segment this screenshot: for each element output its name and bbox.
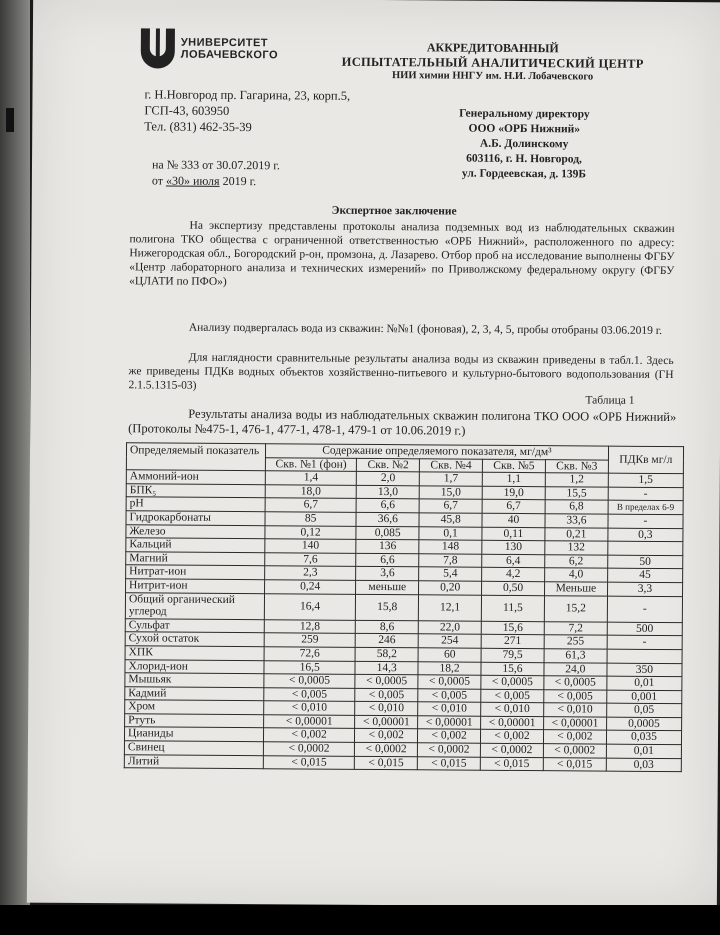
cell-value: 271	[481, 635, 544, 649]
pdk-value: 45	[607, 568, 682, 582]
indicator-name: Ртуть	[125, 714, 264, 729]
indicator-name: Общий органический углерод	[125, 592, 264, 619]
cell-value: 7,2	[544, 621, 607, 635]
cell-value: 0,085	[356, 526, 419, 540]
indicator-name: Хлорид-ион	[125, 659, 264, 674]
pdk-value: -	[608, 514, 683, 528]
cell-value: 16,5	[264, 660, 355, 674]
indicator-name: БПК₅	[126, 484, 265, 499]
indicator-name: Железо	[126, 524, 265, 539]
indicator-name: Мышьяк	[125, 673, 264, 688]
cell-value: 4,0	[545, 568, 608, 582]
cell-value: 12,1	[419, 594, 482, 621]
cell-value: < 0,002	[543, 730, 606, 744]
recipient-line1: Генеральному директору	[424, 106, 624, 122]
cell-value: 14,3	[355, 661, 418, 675]
header-indicator: Определяемый показатель	[126, 443, 265, 471]
cell-value: 72,6	[264, 647, 355, 661]
logo-mark-icon	[141, 28, 175, 68]
cell-value: < 0,00001	[418, 716, 481, 730]
cell-value: 259	[264, 633, 355, 647]
cell-value: 255	[544, 635, 607, 649]
indicator-name: Нитрит-ион	[126, 579, 265, 594]
pdk-value: 50	[608, 555, 683, 569]
indicator-name: Сухой остаток	[125, 632, 264, 647]
cell-value: < 0,005	[264, 687, 355, 701]
cell-value: < 0,010	[544, 703, 607, 717]
cell-value: 5,4	[419, 567, 482, 581]
reference-suffix: 2019 г.	[220, 174, 257, 188]
cell-value: 1,2	[545, 473, 608, 487]
column-header: Скв. №2	[357, 458, 420, 472]
cell-value: 22,0	[418, 621, 481, 635]
table-caption: Результаты анализа воды из наблюдательны…	[128, 406, 676, 440]
document-page: УНИВЕРСИТЕТЛОБАЧЕВСКОГО АККРЕДИТОВАННЫЙ …	[27, 0, 720, 907]
cell-value: 0,1	[419, 526, 482, 540]
address-line2: ГСП-43, 603950	[144, 102, 350, 119]
cell-value: < 0,015	[355, 756, 418, 770]
cell-value: < 0,010	[355, 702, 418, 716]
cell-value: 1,1	[482, 472, 545, 486]
cell-value: < 0,0005	[544, 676, 607, 690]
cell-value: 45,8	[419, 513, 482, 527]
cell-value: 36,6	[356, 512, 419, 526]
cell-value: 130	[482, 540, 545, 554]
cell-value: 3,6	[356, 567, 419, 581]
indicator-name: Хром	[125, 700, 264, 715]
cell-value: 6,6	[356, 553, 419, 567]
cell-value: 6,8	[545, 500, 608, 514]
phone: Тел. (831) 462-35-39	[144, 118, 350, 135]
cell-value: < 0,015	[263, 755, 354, 769]
header-pdk: ПДКв мг/л	[608, 446, 683, 474]
cell-value: 18,2	[418, 661, 481, 675]
pdk-value: 0,001	[607, 690, 682, 704]
paragraph-3: Для наглядности сравнительные результаты…	[128, 350, 673, 396]
cell-value: < 0,002	[263, 728, 354, 742]
cell-value: < 0,005	[544, 689, 607, 703]
logo-line2: ЛОБАЧЕВСКОГО	[181, 49, 278, 62]
reference-prefix: от	[152, 173, 166, 187]
indicator-name: Нитрат-ион	[126, 565, 265, 580]
indicator-name: Сульфат	[125, 618, 264, 633]
cell-value: 2,3	[265, 566, 356, 580]
pdk-value: 0,0005	[606, 717, 681, 731]
cell-value: 33,6	[545, 514, 608, 528]
results-table: Определяемый показатель Содержание опред…	[124, 442, 684, 772]
cell-value: < 0,002	[355, 729, 418, 743]
cell-value: 132	[545, 541, 608, 555]
cell-value: 6,4	[482, 554, 545, 568]
cell-value: < 0,005	[481, 689, 544, 703]
indicator-name: Гидрокарбонаты	[126, 511, 265, 526]
cell-value: 15,8	[356, 594, 419, 621]
pdk-value: 1,5	[608, 473, 683, 487]
indicator-name: pH	[126, 497, 265, 512]
cell-value: 15,0	[419, 486, 482, 500]
cell-value: < 0,0002	[543, 744, 606, 758]
pdk-value: -	[607, 596, 682, 623]
cell-value: 140	[265, 539, 356, 553]
cell-value: 7,8	[419, 554, 482, 568]
cell-value: 254	[418, 634, 481, 648]
document-title: Экспертное заключение	[332, 205, 457, 218]
cell-value: < 0,010	[481, 703, 544, 717]
reference-date: «30» июля	[166, 174, 220, 188]
cell-value: < 0,0005	[418, 675, 481, 689]
cell-value: 15,6	[481, 621, 544, 635]
letterhead-line2: ИСПЫТАТЕЛЬНЫЙ АНАЛИТИЧЕСКИЙ ЦЕНТР	[333, 55, 653, 72]
cell-value: 58,2	[355, 647, 418, 661]
reference-line1: на № 333 от 30.07.2019 г.	[152, 156, 280, 173]
indicator-name: Аммоний-ион	[126, 470, 265, 485]
cell-value: < 0,0005	[264, 674, 355, 688]
cell-value: < 0,0002	[263, 742, 354, 756]
indicator-name: ХПК	[125, 646, 264, 661]
cell-value: 6,6	[356, 499, 419, 513]
pdk-value: 500	[607, 622, 682, 636]
cell-value: 8,6	[356, 620, 419, 634]
indicator-name: Цианиды	[124, 727, 263, 742]
cell-value: < 0,00001	[481, 716, 544, 730]
cell-value: 13,0	[356, 485, 419, 499]
cell-value: < 0,002	[418, 729, 481, 743]
pdk-value: -	[607, 635, 682, 649]
cell-value: 0,12	[265, 525, 356, 539]
reference-block: на № 333 от 30.07.2019 г. от «30» июля 2…	[152, 156, 280, 189]
address-line1: г. Н.Новгород пр. Гагарина, 23, корп.5,	[144, 86, 350, 103]
table-label: Таблица 1	[585, 394, 634, 406]
cell-value: 2,0	[357, 472, 420, 486]
cell-value: 0,50	[482, 581, 545, 595]
column-header: Скв. №4	[420, 458, 483, 472]
cell-value: 85	[265, 512, 356, 526]
cell-value: < 0,010	[418, 702, 481, 716]
pdk-value: 3,3	[607, 582, 682, 596]
cell-value: 0,24	[265, 580, 356, 594]
background-left-edge	[0, 0, 30, 905]
cell-value: < 0,0002	[480, 743, 543, 757]
cell-value: 15,2	[544, 595, 607, 622]
cell-value: < 0,0005	[481, 675, 544, 689]
cell-value: 11,5	[481, 595, 544, 622]
column-header: Скв. №3	[545, 459, 608, 473]
cell-value: 7,6	[265, 552, 356, 566]
university-logo: УНИВЕРСИТЕТЛОБАЧЕВСКОГО	[141, 28, 279, 69]
cell-value: 15,6	[481, 662, 544, 676]
cell-value: < 0,0002	[418, 743, 481, 757]
cell-value: < 0,0002	[355, 742, 418, 756]
pdk-value: 0,01	[607, 676, 682, 690]
cell-value: 0,21	[545, 527, 608, 541]
pdk-value: 0,01	[606, 744, 681, 758]
cell-value: < 0,00001	[355, 715, 418, 729]
recipient-line5: ул. Гордеевская, д. 139Б	[424, 166, 624, 182]
sender-address: г. Н.Новгород пр. Гагарина, 23, корп.5, …	[144, 86, 350, 135]
pdk-value: 0,035	[606, 731, 681, 745]
pdk-value: 0,05	[606, 703, 681, 717]
pdk-value	[608, 541, 683, 555]
cell-value: < 0,015	[480, 757, 543, 771]
cell-value: 40	[482, 513, 545, 527]
cell-value: < 0,015	[417, 756, 480, 770]
indicator-name: Свинец	[124, 741, 263, 756]
pdk-value	[607, 649, 682, 663]
cell-value: 136	[356, 540, 419, 554]
pdk-value: 0,3	[608, 528, 683, 542]
cell-value: < 0,00001	[544, 717, 607, 731]
cell-value: 79,5	[481, 648, 544, 662]
cell-value: < 0,00001	[264, 715, 355, 729]
cell-value: 6,7	[482, 500, 545, 514]
pdk-value: В пределах 6-9	[608, 501, 683, 515]
cell-value: 6,7	[265, 498, 356, 512]
cell-value: 12,8	[264, 619, 355, 633]
cell-value: 0,11	[482, 527, 545, 541]
cell-value: Меньше	[544, 582, 607, 596]
indicator-name: Литий	[124, 754, 263, 769]
cell-value: меньше	[356, 580, 419, 594]
recipient-block: Генеральному директору ООО «ОРБ Нижний» …	[424, 106, 625, 182]
cell-value: 1,4	[265, 471, 356, 485]
indicator-name: Кальций	[126, 538, 265, 553]
cell-value: 246	[355, 634, 418, 648]
screen-bottom-bar	[0, 905, 720, 935]
cell-value: < 0,005	[418, 688, 481, 702]
cell-value: < 0,010	[264, 701, 355, 715]
cell-value: 19,0	[482, 486, 545, 500]
cell-value: 60	[418, 648, 481, 662]
cell-value: 61,3	[544, 649, 607, 663]
cell-value: 16,4	[264, 593, 355, 620]
indicator-name: Кадмий	[125, 686, 264, 701]
table-row: Общий органический углерод16,415,812,111…	[125, 592, 682, 622]
cell-value: 1,7	[419, 472, 482, 486]
table-row: Литий< 0,015< 0,015< 0,015< 0,015< 0,015…	[124, 754, 681, 771]
logo-line1: УНИВЕРСИТЕТ	[181, 37, 278, 50]
cell-value: 6,2	[545, 554, 608, 568]
letterhead-line3: НИИ химии ННГУ им. Н.И. Лобачевского	[333, 70, 653, 83]
cell-value: 15,5	[545, 486, 608, 500]
recipient-line4: 603116, г. Н. Новгород,	[424, 151, 624, 167]
indicator-name: Магний	[126, 552, 265, 567]
cell-value: 148	[419, 540, 482, 554]
recipient-line3: А.Б. Долинскому	[424, 136, 624, 152]
cell-value: < 0,015	[543, 757, 606, 771]
paragraph-1: На экспертизу представлены протоколы ана…	[129, 218, 674, 292]
letterhead-center: АККРЕДИТОВАННЫЙ ИСПЫТАТЕЛЬНЫЙ АНАЛИТИЧЕС…	[333, 40, 653, 83]
pdk-value: 350	[607, 663, 682, 677]
cell-value: 24,0	[544, 662, 607, 676]
cell-value: < 0,005	[355, 688, 418, 702]
background-mark	[6, 108, 14, 132]
cell-value: 4,2	[482, 568, 545, 582]
column-header: Скв. №1 (фон)	[265, 457, 356, 471]
cell-value: 0,20	[419, 581, 482, 595]
pdk-value: -	[608, 487, 683, 501]
cell-value: < 0,0005	[355, 674, 418, 688]
cell-value: 18,0	[265, 485, 356, 499]
cell-value: 6,7	[419, 499, 482, 513]
cell-value: < 0,002	[481, 730, 544, 744]
pdk-value: 0,03	[606, 758, 681, 772]
column-header: Скв. №5	[482, 459, 545, 473]
paragraph-2: Анализу подвергалась вода из скважин: №№…	[129, 320, 674, 338]
recipient-line2: ООО «ОРБ Нижний»	[424, 121, 624, 137]
